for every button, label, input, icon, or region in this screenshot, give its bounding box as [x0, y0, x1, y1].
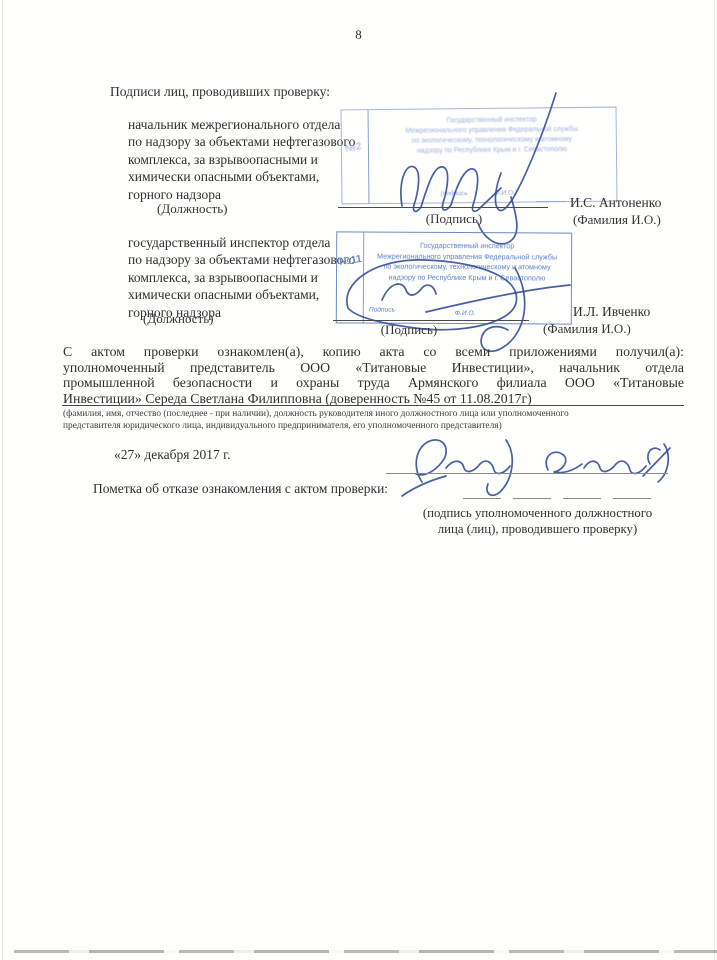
stamp1-number-cell [342, 110, 370, 203]
signer2-sign-label: (Подпись) [363, 322, 455, 338]
signature3-ink [388, 430, 673, 502]
ack-line2: уполномоченный представитель ООО «Титано… [63, 360, 684, 376]
ack-line1: С актом проверки ознакомлен(а), копию ак… [63, 344, 684, 360]
signer2-name-label: (Фамилия И.О.) [543, 321, 631, 337]
signer1-position-label: (Должность) [157, 201, 227, 217]
ack-line3: промышленной безопасности и охраны труда… [63, 375, 684, 391]
refusal-label: Пометка об отказе ознакомления с актом п… [93, 480, 388, 497]
signer1-name-label: (Фамилия И.О.) [573, 212, 661, 228]
ack-underline [62, 405, 684, 406]
scan-edge-left [2, 0, 3, 960]
signer2-signature-line [333, 320, 529, 321]
date-signature-line [386, 473, 668, 474]
signer1-name: И.С. Антоненко [570, 194, 661, 211]
section-heading: Подписи лиц, проводивших проверку: [110, 84, 330, 100]
refusal-caption-line2: лица (лиц), проводившего проверку) [395, 521, 680, 537]
signer2-name: И.Л. Ивченко [573, 303, 650, 320]
scan-edge-right [714, 0, 715, 960]
date-line: «27» декабря 2017 г. [114, 446, 231, 463]
signer1-signature-line [338, 207, 548, 208]
page-number: 8 [0, 27, 717, 43]
refusal-blank-line [463, 498, 660, 499]
signer2-position-label: (Должность) [143, 311, 213, 327]
scan-edge-bottom [14, 950, 717, 953]
ack-note-line1: (фамилия, имя, отчество (последнее - при… [63, 409, 685, 419]
refusal-caption-line1: (подпись уполномоченного должностного [395, 505, 680, 521]
stamp1-edge-line [536, 201, 566, 202]
signer1-sign-label: (Подпись) [408, 211, 500, 227]
scanned-document-page: 8 Подписи лиц, проводивших проверку: нач… [0, 0, 717, 960]
